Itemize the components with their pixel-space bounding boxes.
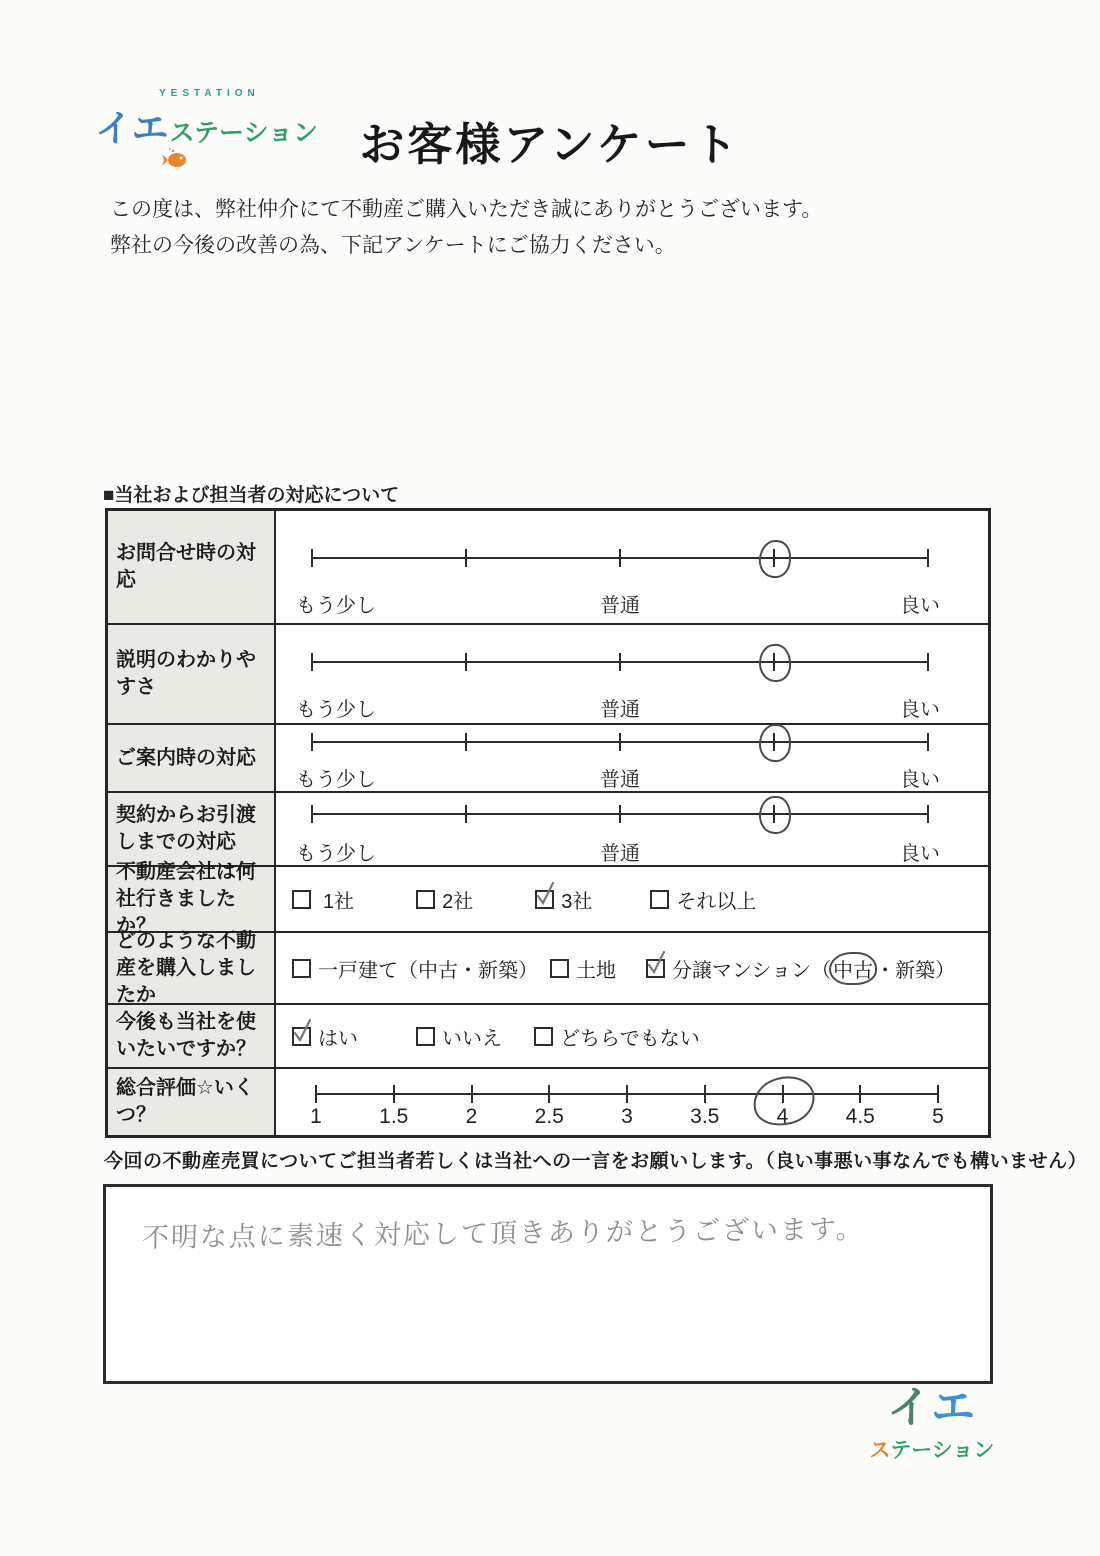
scale-label-high: 良い	[900, 763, 940, 792]
option-soreijou[interactable]: それ以上	[650, 885, 756, 914]
page-title: お客様アンケート	[0, 108, 1100, 173]
scale-tick[interactable]	[619, 733, 621, 751]
checkbox-checked[interactable]	[646, 959, 665, 978]
handwritten-comment: 不明な点に素速く対応して頂きありがとうございます。	[142, 1206, 943, 1255]
scale-label-low: もう少し	[296, 763, 376, 792]
scale-label-mid: 普通	[600, 693, 640, 722]
scale-label-mid: 普通	[600, 837, 640, 866]
scale-tick[interactable]	[626, 1085, 628, 1103]
checkbox-unchecked[interactable]	[292, 959, 311, 978]
scale-tick[interactable]	[465, 549, 467, 567]
row-label: 契約からお引渡しまでの対応	[108, 793, 276, 865]
survey-row-explanation-clarity: 説明のわかりやすさ もう少し 普通 良い	[108, 623, 988, 723]
intro-text: この度は、弊社仲介にて不動産ご購入いただき誠にありがとうございます。 弊社の今後…	[110, 192, 822, 264]
handwritten-circle-mark	[758, 723, 792, 763]
option-2sha[interactable]: 2社	[416, 885, 473, 914]
row-label: お問合せ時の対応	[108, 511, 276, 623]
checkbox-unchecked[interactable]	[292, 890, 311, 909]
rating-tick-label: 2	[466, 1105, 478, 1129]
scale-label-low: もう少し	[296, 693, 376, 722]
survey-row-contact-response: お問合せ時の対応 もう少し 普通 良い	[108, 511, 988, 623]
survey-table: お問合せ時の対応 もう少し 普通 良い 説明のわかりやすさ	[105, 508, 991, 1138]
scale-tick[interactable]	[859, 1085, 861, 1103]
rating-tick-label: 1	[310, 1105, 322, 1129]
scale-label-low: もう少し	[296, 589, 376, 618]
scale-tick[interactable]	[548, 1085, 550, 1103]
scale-label-high: 良い	[900, 589, 940, 618]
option-neither[interactable]: どちらでもない	[534, 1022, 700, 1051]
row-label: 不動産会社は何社行きましたか？	[108, 867, 276, 931]
option-yes[interactable]: はい	[292, 1022, 358, 1051]
scale-tick[interactable]	[704, 1085, 706, 1103]
option-no[interactable]: いいえ	[416, 1022, 502, 1051]
intro-line-2: 弊社の今後の改善の為、下記アンケートにご協力ください。	[110, 228, 822, 264]
scale-tick[interactable]	[393, 1085, 395, 1103]
handwritten-circle-mark	[757, 538, 793, 580]
rating-tick-label: 3	[621, 1105, 633, 1129]
scale-tick[interactable]	[619, 549, 621, 567]
checkbox-unchecked[interactable]	[416, 890, 435, 909]
checkbox-checked[interactable]	[292, 1027, 311, 1046]
option-land[interactable]: 土地	[550, 954, 616, 983]
row-label: どのような不動産を購入しましたか	[108, 933, 276, 1003]
intro-line-1: この度は、弊社仲介にて不動産ご購入いただき誠にありがとうございます。	[110, 192, 822, 228]
comment-prompt: 今回の不動産売買についてご担当者若しくは当社への一言をお願いします。（良い事悪い…	[104, 1146, 1087, 1173]
footer-logo-station: テーション	[890, 1439, 994, 1462]
scale-tick[interactable]	[465, 733, 467, 751]
checkbox-unchecked[interactable]	[534, 1027, 553, 1046]
checkbox-unchecked[interactable]	[650, 890, 669, 909]
scale-tick[interactable]	[927, 733, 929, 751]
option-3sha[interactable]: 3社	[535, 885, 592, 914]
scale-tick[interactable]	[619, 805, 621, 823]
rating-tick-label: 3.5	[690, 1105, 719, 1129]
row-label: ご案内時の対応	[108, 725, 276, 791]
scale-tick[interactable]	[311, 733, 313, 751]
scale-label-high: 良い	[900, 837, 940, 866]
survey-row-overall-rating: 総合評価☆いくつ？ 1 1.5 2 2.5 3 3.5 4	[108, 1067, 988, 1135]
survey-row-property-type: どのような不動産を購入しましたか 一戸建て（中古・新築） 土地	[108, 931, 988, 1003]
scale-label-mid: 普通	[600, 763, 640, 792]
company-logo-footer: イエ ステーション	[862, 1384, 1002, 1464]
rating-tick-label: 2.5	[535, 1105, 564, 1129]
survey-row-contract-to-handover: 契約からお引渡しまでの対応 もう少し 普通 良い	[108, 791, 988, 865]
handwritten-circle-chuko: 中古	[829, 952, 877, 985]
option-1sha[interactable]: 1社	[292, 885, 354, 914]
scale-tick[interactable]	[315, 1085, 317, 1103]
scale-tick[interactable]	[465, 653, 467, 671]
handwritten-circle-mark	[758, 643, 793, 683]
survey-row-companies-visited: 不動産会社は何社行きましたか？ 1社 2社 3社	[108, 865, 988, 931]
scale-tick[interactable]	[927, 549, 929, 567]
rating-tick-label: 5	[932, 1105, 944, 1129]
option-detached-house[interactable]: 一戸建て（中古・新築）	[292, 954, 538, 983]
scale-label-high: 良い	[900, 693, 940, 722]
rating-tick-label: 1.5	[379, 1105, 408, 1129]
rating-tick-label: 4.5	[846, 1105, 875, 1129]
scale-tick[interactable]	[619, 653, 621, 671]
footer-logo-e: エ	[931, 1383, 977, 1432]
scale-tick[interactable]	[927, 653, 929, 671]
scale-tick[interactable]	[465, 805, 467, 823]
checkbox-unchecked[interactable]	[550, 959, 569, 978]
checkbox-checked[interactable]	[535, 890, 554, 909]
scale-tick[interactable]	[471, 1085, 473, 1103]
checkbox-unchecked[interactable]	[416, 1027, 435, 1046]
row-label: 説明のわかりやすさ	[108, 625, 276, 723]
scale-tick[interactable]	[311, 805, 313, 823]
row-label: 総合評価☆いくつ？	[108, 1069, 276, 1135]
scale-tick[interactable]	[311, 549, 313, 567]
scale-label-mid: 普通	[600, 589, 640, 618]
handwritten-circle-mark	[759, 796, 791, 834]
survey-row-viewing-response: ご案内時の対応 もう少し 普通 良い	[108, 723, 988, 791]
section-title: ■当社および担当者の対応について	[103, 480, 399, 507]
row-label: 今後も当社を使いたいですか？	[108, 1005, 276, 1067]
scale-tick[interactable]	[937, 1085, 939, 1103]
comment-box[interactable]: 不明な点に素速く対応して頂きありがとうございます。	[103, 1184, 993, 1384]
survey-row-use-again: 今後も当社を使いたいですか？ はい いいえ どちらでもな	[108, 1003, 988, 1067]
rating-tick-label: 4	[777, 1105, 789, 1129]
scale-label-low: もう少し	[296, 837, 376, 866]
scale-tick[interactable]	[311, 653, 313, 671]
option-condominium[interactable]: 分譲マンション（中古・新築）	[646, 954, 955, 983]
footer-logo-i: イ	[887, 1383, 931, 1432]
footer-logo-su: ス	[870, 1439, 891, 1462]
scale-tick[interactable]	[927, 805, 929, 823]
